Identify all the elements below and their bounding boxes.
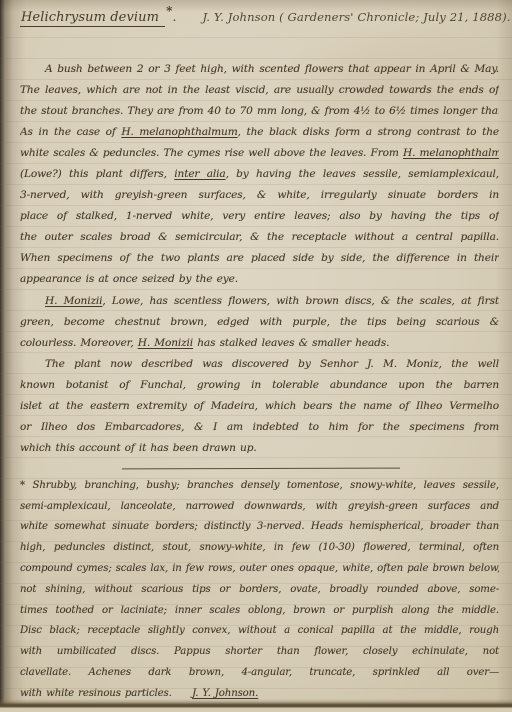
text-segment: compound cymes; scales lax, in few rows,… — [20, 563, 499, 574]
manuscript-line: times toothed or laciniate; inner scales… — [20, 601, 499, 622]
text-segment: with white resinous particles. — [20, 688, 192, 699]
manuscript-line: compound cymes; scales lax, in few rows,… — [20, 559, 499, 580]
manuscript-line: islet at the eastern extremity of Madeir… — [20, 396, 499, 417]
manuscript-line: with umbilicated discs. Pappus shorter t… — [20, 642, 499, 663]
text-segment: When specimens of the two plants are pla… — [20, 252, 499, 264]
heading-citation: J. Y. Johnson ( Gardeners' Chronicle; Ju… — [202, 10, 510, 24]
manuscript-line: * Shrubby, branching, bushy; branches de… — [20, 476, 499, 497]
manuscript-line: not shining, without scarious tips or bo… — [20, 580, 499, 601]
manuscript-line: H. Monizii, Lowe, has scentless flowers,… — [20, 291, 499, 312]
footnote-divider — [122, 468, 400, 470]
manuscript-line: semi-amplexicaul, lanceolate, narrowed d… — [20, 497, 499, 518]
manuscript-line: (Lowe?) this plant differs, inter alia, … — [20, 164, 499, 185]
manuscript-line: or Ilheo dos Embarcadores, & I am indebt… — [20, 417, 499, 438]
text-segment: not shining, without scarious tips or bo… — [20, 584, 499, 595]
text-segment: semi-amplexicaul, lanceolate, narrowed d… — [20, 501, 499, 512]
text-segment: clavellate. Achenes dark brown, 4-angula… — [20, 667, 499, 678]
manuscript-line: appearance is at once seized by the eye. — [20, 269, 499, 290]
text-segment: green, become chestnut brown, edged with… — [20, 316, 499, 328]
heading-period: . — [172, 10, 176, 24]
text-segment: , by having the leaves sessile, semiampl… — [226, 168, 499, 180]
text-segment: * Shrubby, branching, bushy; branches de… — [20, 480, 499, 491]
text-segment: As in the case of — [20, 126, 121, 138]
manuscript-content: Helichrysum devium*.J. Y. Johnson ( Gard… — [20, 10, 499, 705]
underlined-text: J. Y. Johnson. — [192, 688, 258, 699]
manuscript-page: Helichrysum devium*.J. Y. Johnson ( Gard… — [0, 0, 512, 712]
manuscript-line: with white resinous particles. J. Y. Joh… — [20, 684, 499, 705]
text-segment: white scales & peduncles. The cymes rise… — [20, 147, 403, 159]
manuscript-line: the stout branches. They are from 40 to … — [20, 101, 499, 122]
manuscript-line: green, become chestnut brown, edged with… — [20, 312, 499, 333]
manuscript-line: clavellate. Achenes dark brown, 4-angula… — [20, 663, 499, 684]
text-segment: , the black disks form a strong contrast… — [238, 126, 499, 138]
footnote-mark: * — [166, 4, 172, 18]
text-segment: or Ilheo dos Embarcadores, & I am indebt… — [20, 421, 499, 433]
underlined-text: inter alia — [174, 168, 225, 180]
manuscript-line: The plant now described was discovered b… — [20, 354, 499, 375]
manuscript-line: The leaves, which are not in the least v… — [20, 80, 499, 101]
species-name: Helichrysum devium — [20, 10, 165, 27]
heading: Helichrysum devium*.J. Y. Johnson ( Gard… — [20, 10, 499, 40]
underlined-text: H. melanophthalm. — [403, 147, 499, 159]
text-segment: A bush between 2 or 3 feet high, with sc… — [45, 63, 499, 75]
manuscript-line: white somewhat sinuate borders; distinct… — [20, 517, 499, 538]
text-segment: known botanist of Funchal, growing in to… — [20, 379, 499, 391]
manuscript-line: white scales & peduncles. The cymes rise… — [20, 143, 499, 164]
text-segment: (Lowe?) this plant differs, — [20, 168, 174, 180]
manuscript-line: 3-nerved, with greyish-green surfaces, &… — [20, 185, 499, 206]
text-segment: islet at the eastern extremity of Madeir… — [20, 400, 499, 412]
manuscript-line: colourless. Moreover, H. Monizii has sta… — [20, 333, 499, 354]
manuscript-line: As in the case of H. melanophthalmum, th… — [20, 122, 499, 143]
text-segment: 3-nerved, with greyish-green surfaces, &… — [20, 189, 499, 201]
footnote-text: * Shrubby, branching, bushy; branches de… — [20, 476, 499, 705]
text-segment: the outer scales broad & semicircular, &… — [20, 231, 499, 243]
manuscript-line: high, peduncles distinct, stout, snowy-w… — [20, 538, 499, 559]
underlined-text: H. Monizii — [45, 295, 102, 307]
text-segment: high, peduncles distinct, stout, snowy-w… — [20, 542, 499, 553]
text-segment: The leaves, which are not in the least v… — [20, 84, 499, 96]
manuscript-line: the outer scales broad & semicircular, &… — [20, 227, 499, 248]
underlined-text: H. melanophthalmum — [121, 126, 237, 138]
text-segment: Disc black; receptacle slightly convex, … — [20, 625, 499, 636]
underlined-text: H. Monizii — [138, 337, 193, 349]
text-segment: white somewhat sinuate borders; distinct… — [20, 521, 499, 532]
manuscript-line: Disc black; receptacle slightly convex, … — [20, 621, 499, 642]
text-segment: , Lowe, has scentless flowers, with brow… — [102, 295, 499, 307]
text-segment: place of stalked, 1-nerved white, very e… — [20, 210, 499, 222]
manuscript-line: known botanist of Funchal, growing in to… — [20, 375, 499, 396]
body-text: A bush between 2 or 3 feet high, with sc… — [20, 59, 499, 459]
manuscript-line: A bush between 2 or 3 feet high, with sc… — [20, 59, 499, 80]
text-segment: times toothed or laciniate; inner scales… — [20, 605, 499, 616]
manuscript-line: When specimens of the two plants are pla… — [20, 248, 499, 269]
text-segment: the stout branches. They are from 40 to … — [20, 105, 499, 117]
text-segment: with umbilicated discs. Pappus shorter t… — [20, 646, 499, 657]
text-segment: which this account of it has been drawn … — [20, 442, 257, 454]
text-segment: The plant now described was discovered b… — [45, 358, 499, 370]
manuscript-line: which this account of it has been drawn … — [20, 438, 499, 459]
text-segment: appearance is at once seized by the eye. — [20, 273, 238, 285]
manuscript-line: place of stalked, 1-nerved white, very e… — [20, 206, 499, 227]
text-segment: colourless. Moreover, — [20, 337, 138, 349]
text-segment: has stalked leaves & smaller heads. — [193, 337, 389, 349]
